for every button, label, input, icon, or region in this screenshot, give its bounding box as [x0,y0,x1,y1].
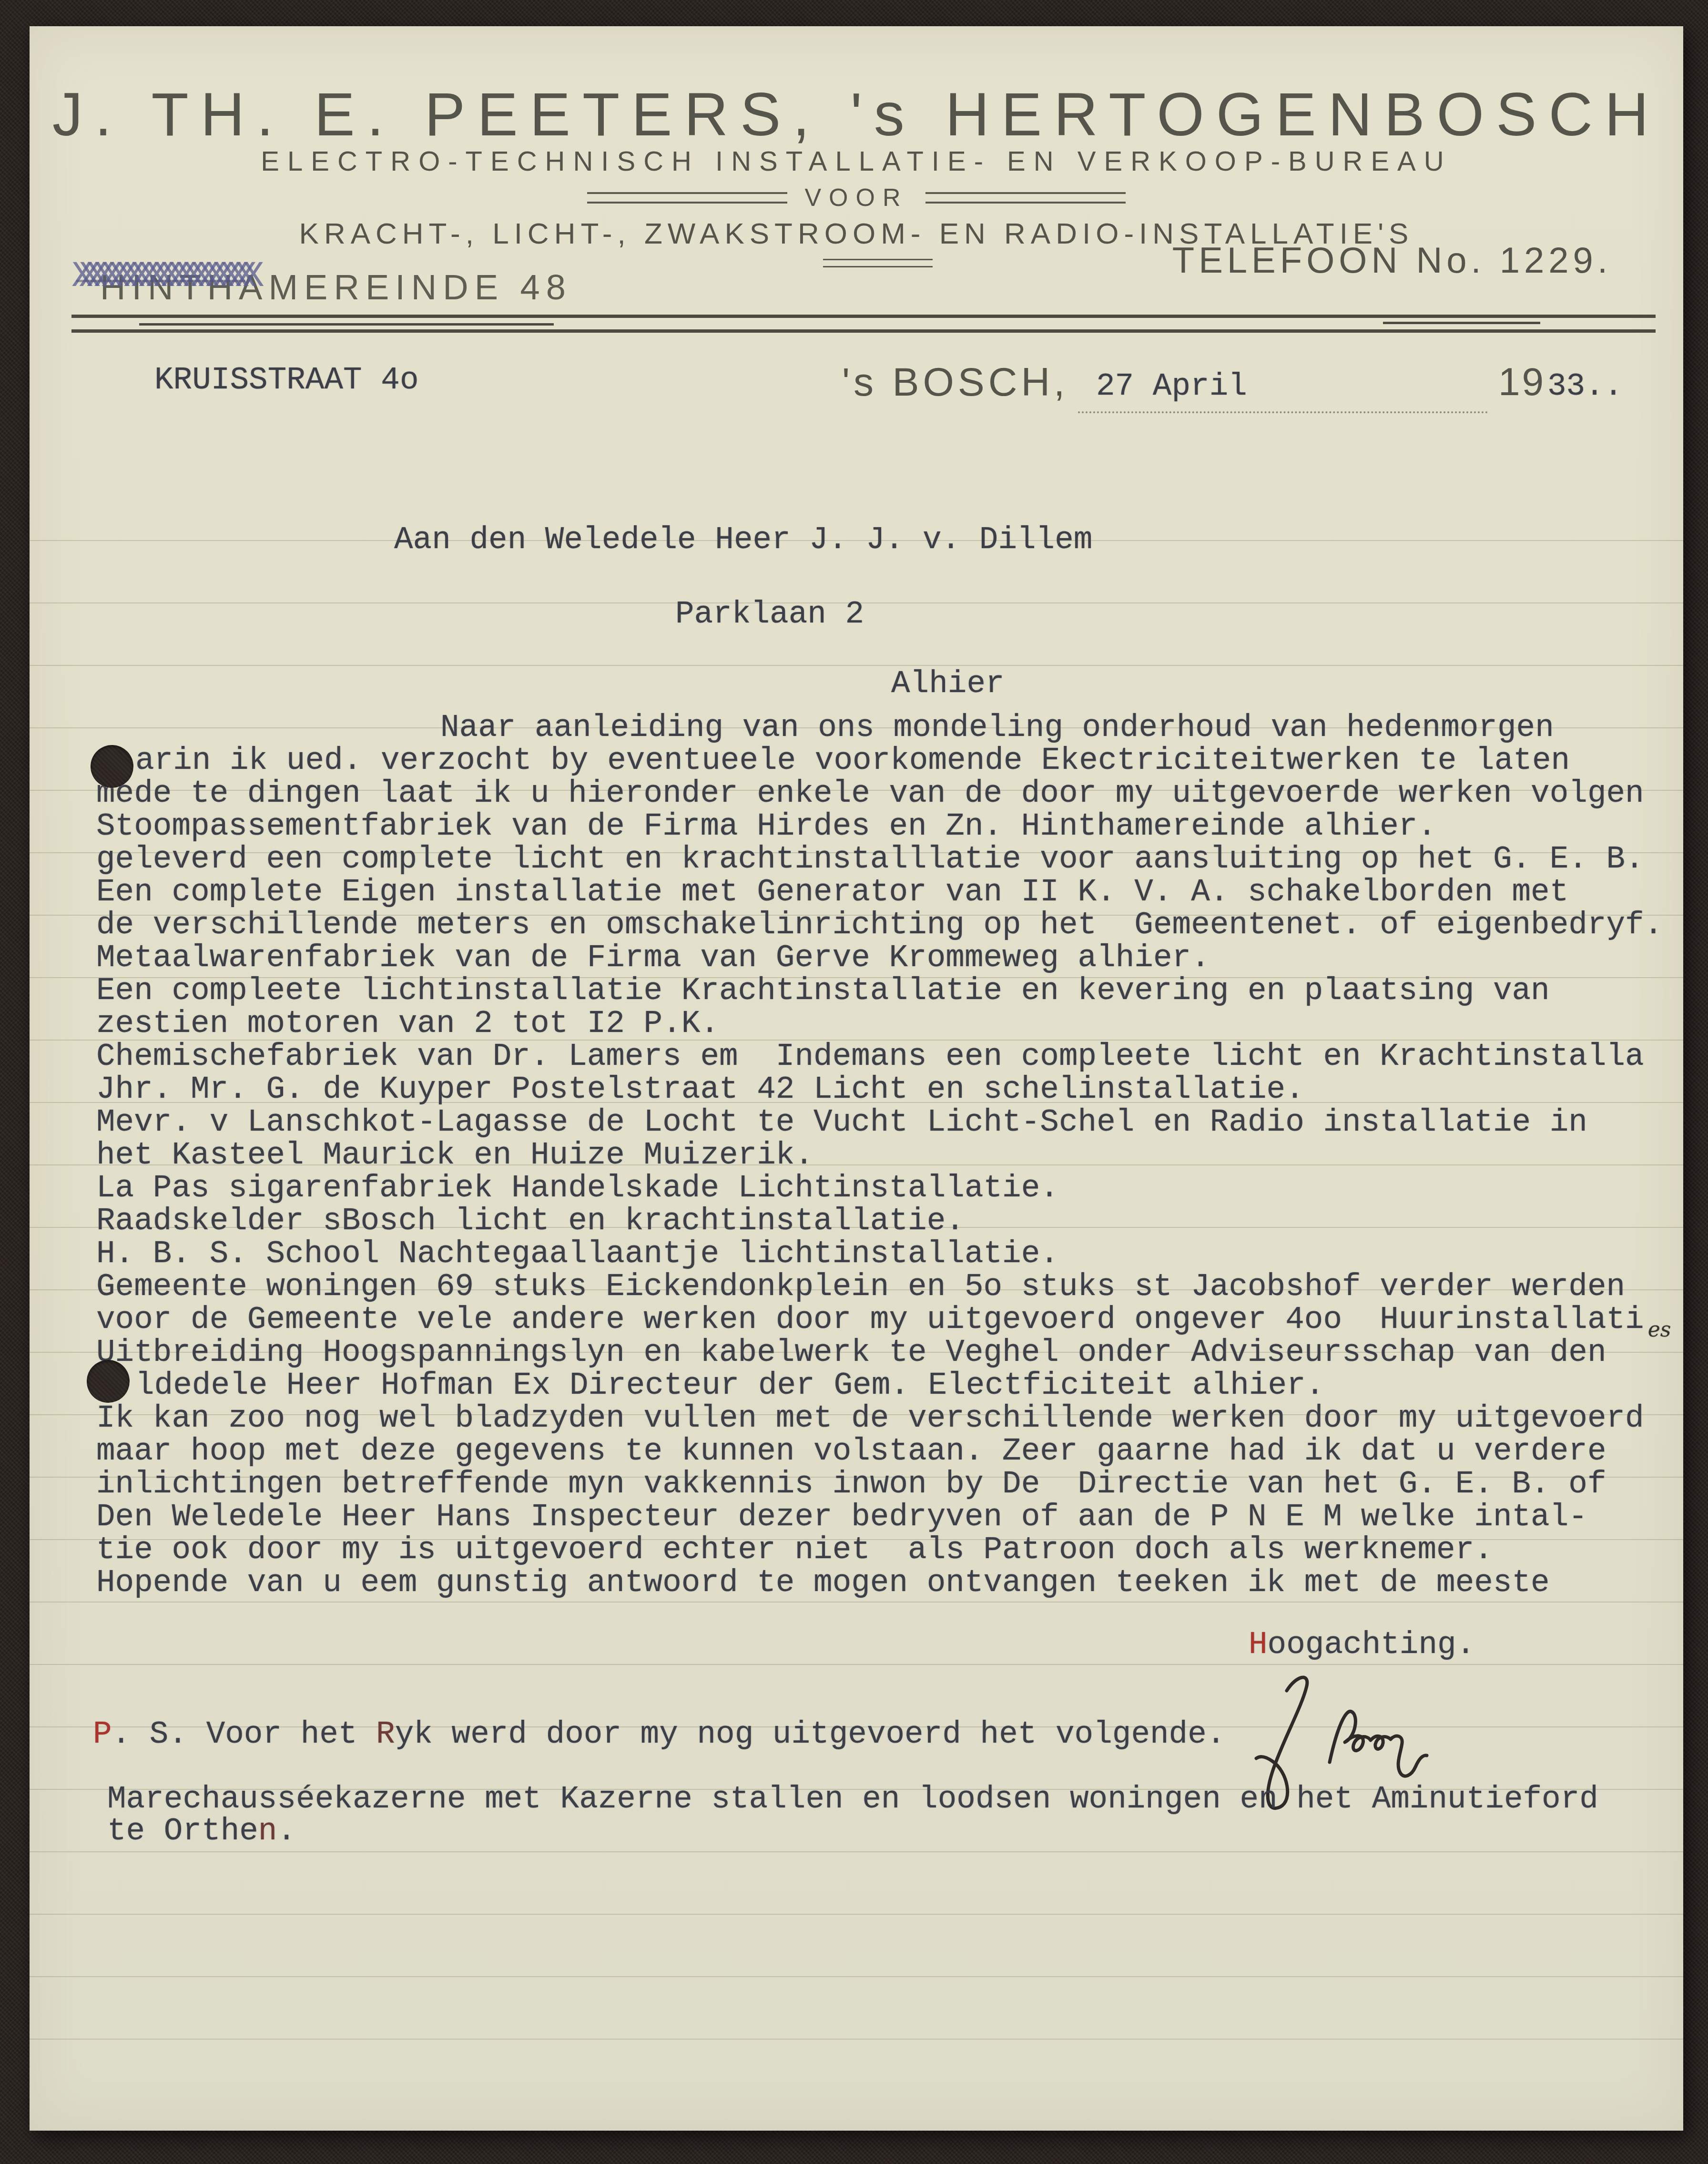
body-line: Raadskelder sBosch licht en krachtinstal… [96,1204,1688,1237]
body-line: voor de Gemeente vele andere werken door… [96,1303,1688,1336]
handwritten-insertion: es [1648,1313,1671,1346]
header-rule [71,315,1656,318]
recipient-city: Alhier [891,666,1005,702]
closing-salutation: Hoogachting. [1249,1627,1475,1663]
ps-text: . S. Voor het [112,1716,376,1752]
body-line: geleverd een complete licht en krachtins… [96,843,1688,876]
body-line: het Kasteel Maurick en Huize Muizerik. [96,1139,1688,1172]
ps-location-line: te Orthen. [107,1813,296,1849]
header-rule [139,323,554,326]
body-line: Uitbreiding Hoogspanningslyn en kabelwer… [96,1336,1688,1369]
header-rule [71,329,1656,333]
ps-red-initial: P [93,1716,112,1752]
letterhead-subtitle: ELECTRO-TECHNISCH INSTALLATIE- EN VERKOO… [30,145,1683,177]
body-line: Een complete Eigen installatie met Gener… [96,876,1688,908]
decorative-double-line-right [925,192,1126,204]
strikeout-x-overtype: XXXXXXXXXXXXXXXXXXXXXXXX [71,256,250,297]
body-line: Mevr. v Lanschkot-Lagasse de Locht te Vu… [96,1106,1688,1139]
body-line: Hopende van u eem gunstig antwoord te mo… [96,1566,1688,1599]
closing-rest: oogachting. [1268,1627,1475,1663]
body-line: mede te dingen laat ik u hieronder enkel… [96,777,1688,810]
body-line: Gemeente woningen 69 stuks Eickendonkple… [96,1270,1688,1303]
ps-ryk-rest: yk [395,1716,433,1752]
body-line: arin ik ued. verzocht by eventueele voor… [96,744,1688,777]
letter-page: J. TH. E. PEETERS, 's HERTOGENBOSCH ELEC… [30,26,1683,2131]
dateline-year-typed: 33.. [1547,368,1623,404]
body-line: Jhr. Mr. G. de Kuyper Postelstraat 42 Li… [96,1073,1688,1106]
dateline-city: 's BOSCH, [842,359,1068,405]
body-line: Een compleete lichtinstallatie Krachtins… [96,974,1688,1007]
decorative-double-line-center [823,259,933,267]
body-line: ldedele Heer Hofman Ex Directeur der Gem… [96,1369,1688,1402]
body-line: Chemischefabriek van Dr. Lamers em Indem… [96,1040,1688,1073]
body-line: Metaalwarenfabriek van de Firma van Gerv… [96,941,1688,974]
ps-works-line: Marechausséekazerne met Kazerne stallen … [107,1781,1598,1817]
body-line: maar hoop met deze gegevens te kunnen vo… [96,1435,1688,1468]
punch-hole-top [91,745,133,788]
dateline-date: 27 April [1096,368,1247,404]
recipient-street: Parklaan 2 [675,596,864,632]
body-line: Den Weledele Heer Hans Inspecteur dezer … [96,1501,1688,1533]
punch-hole-bottom [87,1360,130,1403]
ps-rest: werd door my nog uitgevoerd het volgende… [433,1716,1225,1752]
ps-line: P. S. Voor het Ryk werd door my nog uitg… [93,1716,1225,1752]
body-line: inlichtingen betreffende myn vakkennis i… [96,1468,1688,1501]
decorative-double-line-left [587,192,787,204]
body-line: H. B. S. School Nachtegaallaantje lichti… [96,1237,1688,1270]
ps-location-red-letter: n [258,1813,277,1849]
letterhead-voor: VOOR [804,184,908,212]
body-line: La Pas sigarenfabriek Handelskade Lichti… [96,1172,1688,1204]
body-line: Stoompassementfabriek van de Firma Hirde… [96,810,1688,843]
body-line: zestien motoren van 2 tot I2 P.K. [96,1007,1688,1040]
header-rule [1383,322,1540,324]
ps-location-period: . [277,1813,296,1849]
letterhead-voor-row: VOOR [30,184,1683,212]
body-line: Naar aanleiding van ons mondeling onderh… [96,711,1688,744]
closing-red-initial: H [1249,1627,1268,1663]
ps-ryk-r: R [376,1716,395,1752]
body-line: de verschillende meters en omschakelinri… [96,908,1688,941]
ps-location-pre: te Orthe [107,1813,258,1849]
body-line: tie ook door my is uitgevoerd echter nie… [96,1533,1688,1566]
letterhead-telephone: TELEFOON No. 1229. [1172,240,1612,281]
letter-body: Naar aanleiding van ons mondeling onderh… [96,711,1688,1599]
dateline-year-printed: 19 [1498,360,1545,405]
letterhead-title: J. TH. E. PEETERS, 's HERTOGENBOSCH [30,80,1683,150]
sender-street: KRUISSTRAAT 4o [154,362,419,398]
recipient-name: Aan den Weledele Heer J. J. v. Dillem [394,522,1092,558]
body-line: Ik kan zoo nog wel bladzyden vullen met … [96,1402,1688,1435]
